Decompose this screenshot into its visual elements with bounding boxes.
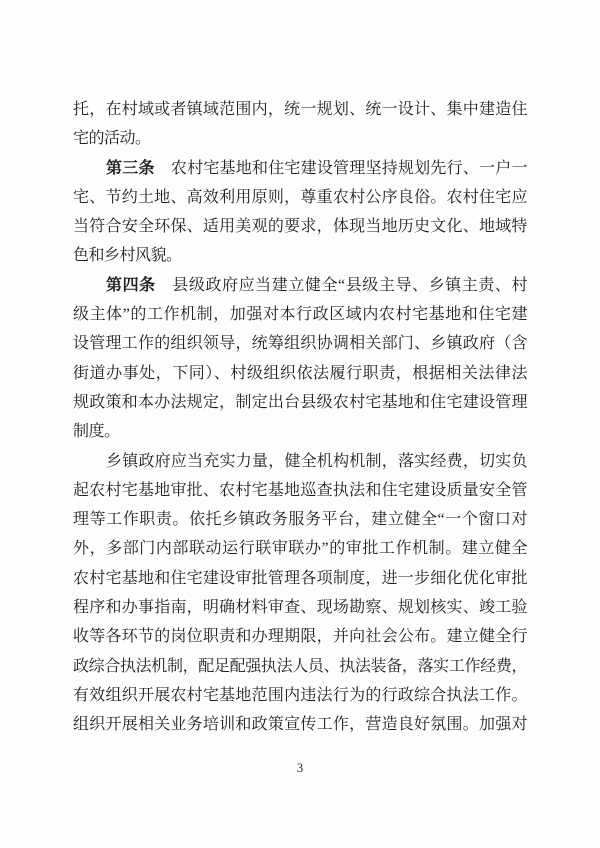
text-line: 农村宅基地和住宅建设审批管理各项制度，进一步细化优化审批 [73,564,527,593]
text-segment: 起农村宅基地审批、农村宅基地巡查执法和住宅建设质量安全管 [73,482,527,499]
text-segment: 级主体”的工作机制，加强对本行政区域内农村宅基地和住宅建 [73,306,527,323]
text-segment: 政综合执法机制，配足配强执法人员、执法装备，落实工作经费， [73,658,527,675]
text-line: 托，在村域或者镇域范围内，统一规划、统一设计、集中建造住 [73,95,527,124]
text-segment: 街道办事处，下同）、村级组织依法履行职责，根据相关法律法 [73,365,527,382]
text-segment: 程序和办事指南，明确材料审查、现场勘察、规划核实、竣工验 [73,599,527,616]
text-line: 制度。 [73,417,527,446]
text-line: 级主体”的工作机制，加强对本行政区域内农村宅基地和住宅建 [73,300,527,329]
text-segment: 县级政府应当建立健全“县级主导、乡镇主责、村 [156,277,527,294]
text-segment: 农村宅基地和住宅建设管理坚持规划先行、一户一 [155,160,527,177]
text-segment: 制度。 [73,423,120,440]
text-line: 起农村宅基地审批、农村宅基地巡查执法和住宅建设质量安全管 [73,476,527,505]
text-segment: 外，多部门内部联动运行联审联办”的审批工作机制。建立健全 [73,540,527,557]
document-body: 托，在村域或者镇域范围内，统一规划、统一设计、集中建造住宅的活动。第三条 农村宅… [73,95,527,740]
text-segment: 色和乡村风貌。 [73,247,182,264]
text-line: 街道办事处，下同）、村级组织依法履行职责，根据相关法律法 [73,359,527,388]
text-line: 外，多部门内部联动运行联审联办”的审批工作机制。建立健全 [73,534,527,563]
text-line: 收等各环节的岗位职责和办理期限，并向社会公布。建立健全行 [73,622,527,651]
text-segment: 农村宅基地和住宅建设审批管理各项制度，进一步细化优化审批 [73,570,527,587]
text-segment: 理等工作职责。依托乡镇政务服务平台，建立健全“一个窗口对 [73,511,527,528]
text-segment: 规政策和本办法规定，制定出台县级农村宅基地和住宅建设管理 [73,394,527,411]
text-segment: 收等各环节的岗位职责和办理期限，并向社会公布。建立健全行 [73,628,527,645]
text-segment: 托，在村域或者镇域范围内，统一规划、统一设计、集中建造住 [73,101,527,118]
article-number-label: 第三条 [106,160,155,177]
text-line: 宅的活动。 [73,124,527,153]
document-page: 托，在村域或者镇域范围内，统一规划、统一设计、集中建造住宅的活动。第三条 农村宅… [0,0,600,848]
text-line: 宅、节约土地、高效利用原则，尊重农村公序良俗。农村住宅应 [73,183,527,212]
text-segment: 宅、节约土地、高效利用原则，尊重农村公序良俗。农村住宅应 [73,189,527,206]
text-segment: 宅的活动。 [73,130,151,147]
text-segment: 当符合安全环保、适用美观的要求，体现当地历史文化、地域特 [73,218,527,235]
text-line: 第三条 农村宅基地和住宅建设管理坚持规划先行、一户一 [73,154,527,183]
text-line: 组织开展相关业务培训和政策宣传工作，营造良好氛围。加强对 [73,710,527,739]
text-line: 有效组织开展农村宅基地范围内违法行为的行政综合执法工作。 [73,681,527,710]
text-segment: 设管理工作的组织领导，统筹组织协调相关部门、乡镇政府（含 [73,335,527,352]
text-line: 程序和办事指南，明确材料审查、现场勘察、规划核实、竣工验 [73,593,527,622]
text-line: 乡镇政府应当充实力量，健全机构机制，落实经费，切实负 [73,447,527,476]
text-segment: 有效组织开展农村宅基地范围内违法行为的行政综合执法工作。 [73,687,527,704]
text-line: 政综合执法机制，配足配强执法人员、执法装备，落实工作经费， [73,652,527,681]
text-line: 规政策和本办法规定，制定出台县级农村宅基地和住宅建设管理 [73,388,527,417]
text-line: 当符合安全环保、适用美观的要求，体现当地历史文化、地域特 [73,212,527,241]
text-line: 第四条 县级政府应当建立健全“县级主导、乡镇主责、村 [73,271,527,300]
text-segment: 乡镇政府应当充实力量，健全机构机制，落实经费，切实负 [106,453,527,470]
text-segment: 组织开展相关业务培训和政策宣传工作，营造良好氛围。加强对 [73,716,527,733]
text-line: 设管理工作的组织领导，统筹组织协调相关部门、乡镇政府（含 [73,329,527,358]
text-line: 色和乡村风貌。 [73,241,527,270]
article-number-label: 第四条 [106,277,156,294]
page-number: 3 [0,761,600,776]
text-line: 理等工作职责。依托乡镇政务服务平台，建立健全“一个窗口对 [73,505,527,534]
